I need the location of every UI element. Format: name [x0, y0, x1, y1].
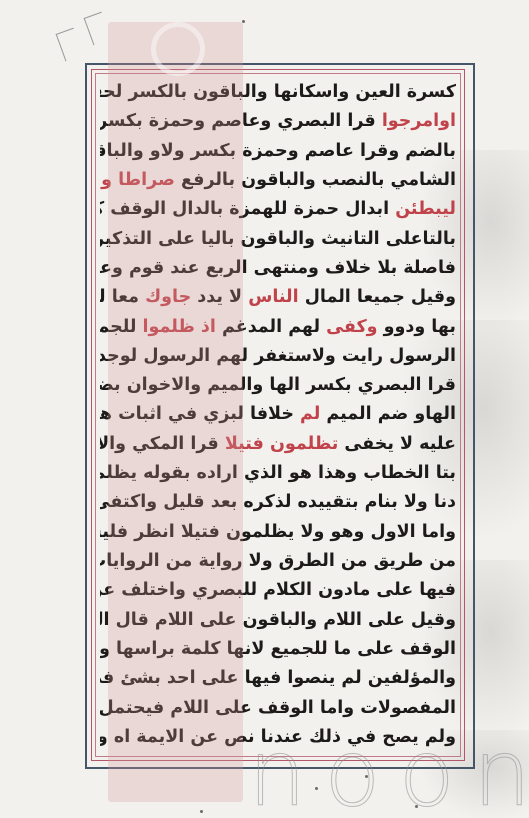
text-line: الشامي بالنصب والباقون بالرفع صراطا والن… [100, 168, 456, 193]
text-line: والمؤلفين لم ينصوا فيها على احد بشئ فصار… [100, 666, 456, 691]
rubric-text: جاوك [145, 287, 191, 307]
text-line: بتا الخطاب وهذا هو الذي اراده بقوله يظلم… [100, 461, 456, 486]
body-text: عليه لا يخفى [338, 434, 456, 454]
rubric-text: الناس [248, 287, 298, 307]
text-line: واما الاول وهو ولا يظلمون فتيلا انظر فلي… [100, 520, 456, 545]
body-text: فيها على مادون الكلام للبصري واختلف عن ع… [100, 580, 456, 600]
body-text: من طريق من الطرق ولا رواية من الروايات [100, 551, 456, 571]
body-text: كسرة العين واسكانها والباقون بالكسر لحفص [100, 82, 456, 102]
text-line: فيها على مادون الكلام للبصري واختلف عن ع… [100, 578, 456, 603]
pencil-corner-mark [84, 12, 112, 46]
rubric-text: ليبطئن [395, 199, 456, 219]
text-line: فاصلة بلا خلاف ومنتهى الربع عند قوم وعند… [100, 256, 456, 281]
text-line: الرسول رايت ولاستغفر لهم الرسول لوجدوا ق… [100, 344, 456, 369]
body-text: قرا البصري بكسر الها والميم والاخوان بضم… [100, 375, 456, 395]
text-line: قرا البصري بكسر الها والميم والاخوان بضم… [100, 373, 456, 398]
text-line: اوامرجوا قرا البصري وعاصم وحمزة بكسر نون… [100, 109, 456, 134]
text-line: الوقف على ما للجميع لانها كلمة براسها ول… [100, 637, 456, 662]
body-text: الوقف على ما للجميع لانها كلمة براسها ول… [100, 639, 456, 659]
text-line: بالضم وقرا عاصم وحمزة بكسر ولاو والباقون… [100, 139, 456, 164]
rubric-text: لم [300, 404, 320, 424]
body-text: المفصولات واما الوقف على اللام فيحتمل لا… [100, 698, 456, 718]
text-line: عليه لا يخفى تظلمون فتيلا قرا المكي والا… [100, 432, 456, 457]
text-line: دنا ولا بنام بتقييده لذكره بعد قليل واكت… [100, 490, 456, 515]
text-line: الهاو ضم الميم لم خلافا لبزي في اثبات ها… [100, 402, 456, 427]
text-line: بها ودوو وكفى لهم المدغم اذ ظلموا للجميع… [100, 315, 456, 340]
rubric-text: تظلمون فتيلا [225, 434, 339, 454]
rubric-text: اذ ظلموا [143, 317, 216, 337]
body-text: الشامي بالنصب والباقون بالرفع [175, 170, 456, 190]
body-text: الهاو ضم الميم [320, 404, 456, 424]
body-text: واما الاول وهو ولا يظلمون فتيلا انظر فلي… [100, 522, 456, 542]
body-text: ابدال حمزة للهمزة بالدال الوقف كذلك [100, 199, 395, 219]
text-line: ولم يصح في ذلك عندنا نص عن الايمة اه ولا… [100, 725, 456, 750]
rubric-text: اوامرجوا [382, 111, 456, 131]
text-line: وقيل جميعا المال الناس لا يدد جاوك معا ل… [100, 285, 456, 310]
body-text: قرا البصري وعاصم وحمزة بكسر نونان في الو… [100, 111, 382, 131]
manuscript-text: كسرة العين واسكانها والباقون بالكسر لحفص… [100, 80, 456, 750]
body-text: وقيل على اللام والباقون على اللام قال ال… [100, 610, 456, 630]
body-text: خلافا لبزي في اثبات ها السكت ان وقف [100, 404, 300, 424]
body-text: بها ودوو [378, 317, 457, 337]
ink-spot [415, 805, 418, 808]
body-text: معا لحمزة وابن ذكوان [100, 287, 145, 307]
body-text: بالضم وقرا عاصم وحمزة بكسر ولاو والباقون… [100, 141, 456, 161]
ink-spot [365, 775, 368, 778]
body-text: الرسول رايت ولاستغفر لهم الرسول لوجدوا [100, 346, 456, 366]
text-line: كسرة العين واسكانها والباقون بالكسر لحفص… [100, 80, 456, 105]
ink-spot [200, 810, 203, 813]
body-text: قرا المكي والاخوان بيا الغيب والباقون [100, 434, 225, 454]
body-text: وقيل جميعا المال [299, 287, 456, 307]
body-text: فاصلة بلا خلاف ومنتهى الربع عند قوم وعند… [100, 258, 456, 278]
body-text: والمؤلفين لم ينصوا فيها على احد بشئ فصار… [100, 668, 456, 688]
text-line: المفصولات واما الوقف على اللام فيحتمل لا… [100, 696, 456, 721]
body-text: بالتاعلى التانيث والباقون باليا على التذ… [100, 229, 456, 249]
rubric-text: صراطا والنبين [100, 170, 175, 190]
ink-spot [315, 787, 318, 790]
body-text: ولم يصح في ذلك عندنا نص عن الايمة اه ولا… [100, 727, 456, 747]
rubric-text: وكفى [326, 317, 377, 337]
body-text: دنا ولا بنام بتقييده لذكره بعد قليل واكت… [100, 492, 456, 512]
ink-spot [242, 20, 245, 23]
body-text: للجميع [100, 317, 143, 337]
text-line: وقيل على اللام والباقون على اللام قال ال… [100, 608, 456, 633]
text-line: بالتاعلى التانيث والباقون باليا على التذ… [100, 227, 456, 252]
pencil-corner-mark [56, 28, 84, 62]
body-text: لا يدد [191, 287, 248, 307]
body-text: بتا الخطاب وهذا هو الذي اراده بقوله يظلم… [100, 463, 456, 483]
text-line: من طريق من الطرق ولا رواية من الروايات ق… [100, 549, 456, 574]
text-line: ليبطئن ابدال حمزة للهمزة بالدال الوقف كذ… [100, 197, 456, 222]
body-text: لهم المدغم [216, 317, 326, 337]
